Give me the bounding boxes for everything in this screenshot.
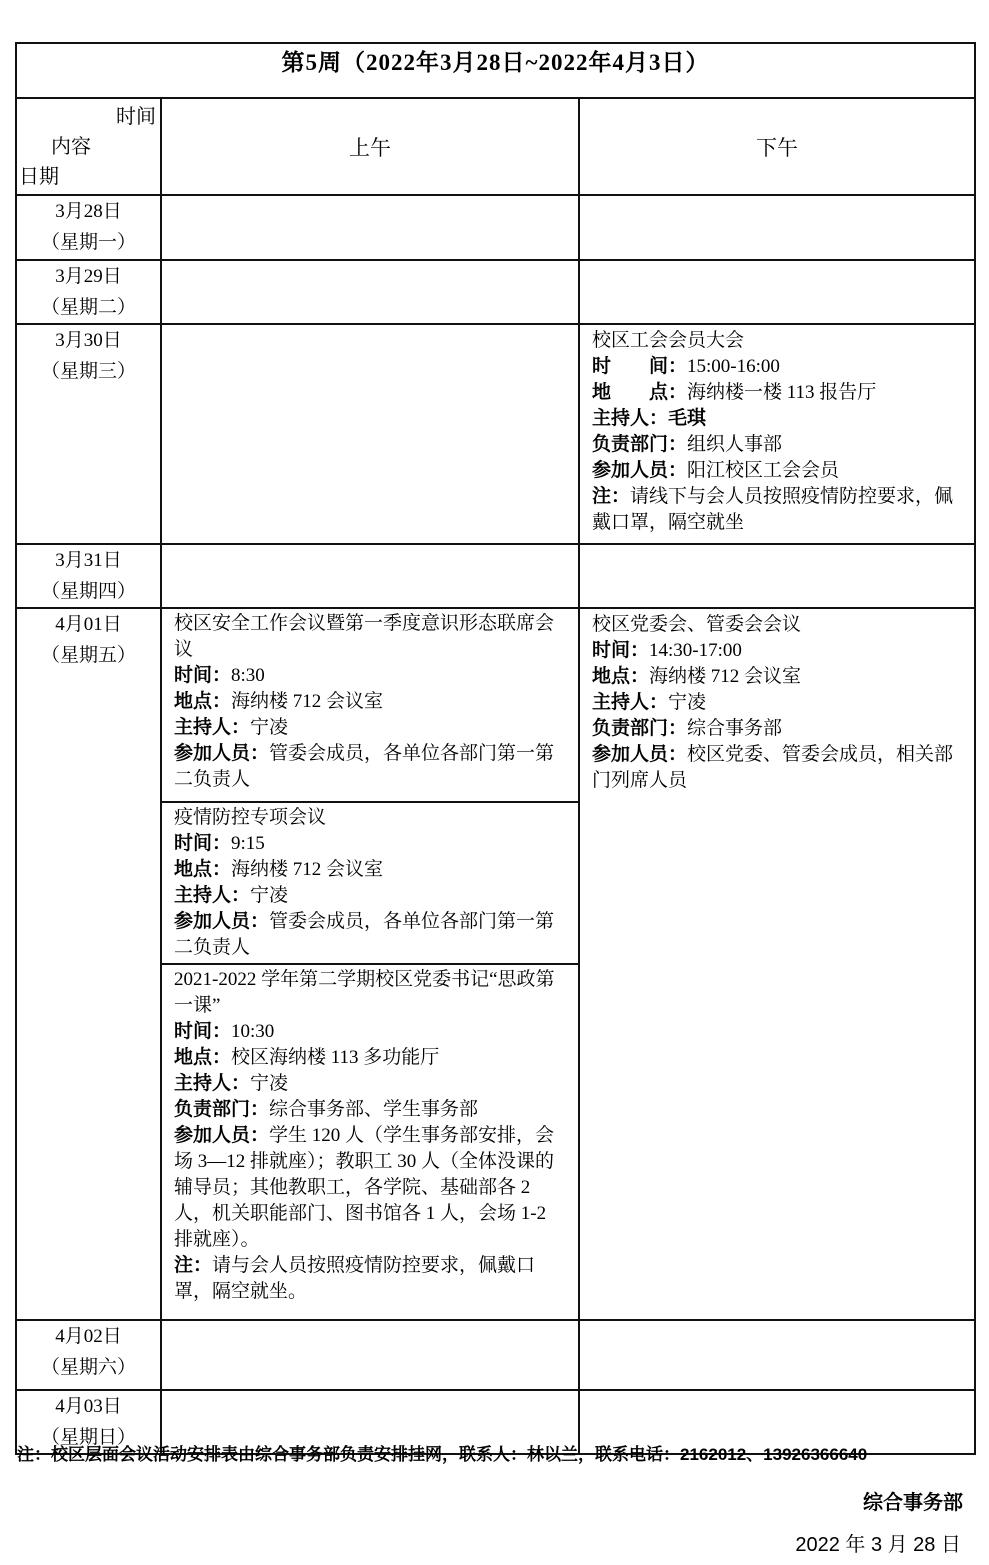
event-line-note: 注：请与会人员按照疫情防控要求，佩戴口罩，隔空就坐。 <box>174 1253 568 1305</box>
corner-label-content: 内容 <box>17 132 160 162</box>
afternoon-cell-mar30: 校区工会会员大会 时 间：15:00-16:00 地 点：海纳楼一楼 113 报… <box>579 324 975 544</box>
event-line-department: 负责部门：综合事务部 <box>592 716 964 742</box>
event-title: 校区工会会员大会 <box>592 328 964 354</box>
field-label: 主持人： <box>174 1073 250 1094</box>
date-cell-apr02: 4月02日 （星期六） <box>16 1320 161 1390</box>
event-title: 校区党委会、管委会会议 <box>592 612 964 638</box>
table-row-mar28: 3月28日 （星期一） <box>16 195 975 260</box>
column-header-afternoon: 下午 <box>579 98 975 195</box>
event-line-time: 时间：14:30-17:00 <box>592 638 964 664</box>
field-label: 负责部门： <box>592 434 687 455</box>
field-label: 参加人员： <box>174 1125 269 1146</box>
footer-note: 注：校区层面会议活动安排表由综合事务部负责安排挂网，联系人：林以兰，联系电话：2… <box>17 1440 967 1465</box>
weekday-text: （星期三） <box>17 356 160 387</box>
field-label: 时间： <box>174 833 231 854</box>
event-line-note: 注：请线下与会人员按照疫情防控要求，佩戴口罩，隔空就坐 <box>592 484 964 536</box>
field-value: 宁凌 <box>250 1073 288 1094</box>
field-value: 8:30 <box>231 665 265 686</box>
field-value: 请与会人员按照疫情防控要求，佩戴口罩，隔空就坐。 <box>174 1255 535 1302</box>
weekday-text: （星期一） <box>17 227 160 258</box>
event-line-participants: 参加人员：学生 120 人（学生事务部安排，会场 3—12 排就座）；教职工 3… <box>174 1123 568 1253</box>
field-label: 负责部门： <box>592 718 687 739</box>
field-value: 海纳楼一楼 113 报告厅 <box>687 382 876 403</box>
morning-cell-mar31 <box>161 544 579 608</box>
event-line-time: 时间：10:30 <box>174 1019 568 1045</box>
corner-label-date: 日期 <box>17 162 160 192</box>
field-label: 主持人： <box>174 885 250 906</box>
date-text: 3月28日 <box>17 196 160 227</box>
event-line-host: 主持人：宁凌 <box>174 883 568 909</box>
field-value: 海纳楼 712 会议室 <box>231 691 383 712</box>
weekday-text: （星期二） <box>17 292 160 323</box>
date-text: 3月29日 <box>17 261 160 292</box>
date-text: 4月01日 <box>17 609 160 640</box>
event-line-location: 地点：海纳楼 712 会议室 <box>592 664 964 690</box>
event-line-participants: 参加人员：管委会成员，各单位各部门第一第二负责人 <box>174 909 568 961</box>
field-label: 地点： <box>174 859 231 880</box>
header-row: 时间 内容 日期 上午 下午 <box>16 98 975 195</box>
field-label: 注： <box>592 486 630 507</box>
weekly-schedule-document: 第5周（2022年3月28日~2022年4月3日） 时间 内容 日期 上午 下午… <box>0 0 989 1565</box>
field-label: 主持人： <box>592 692 668 713</box>
field-label: 地点： <box>174 691 231 712</box>
morning-cell-apr01: 校区安全工作会议暨第一季度意识形态联席会议 时间：8:30 地点：海纳楼 712… <box>161 608 579 1320</box>
field-label: 参加人员： <box>592 744 687 765</box>
signature-department: 综合事务部 <box>863 1486 963 1515</box>
column-header-morning: 上午 <box>161 98 579 195</box>
event-line-department: 负责部门：组织人事部 <box>592 432 964 458</box>
date-text: 4月02日 <box>17 1321 160 1352</box>
event-line-department: 负责部门：综合事务部、学生事务部 <box>174 1097 568 1123</box>
table-row-apr02: 4月02日 （星期六） <box>16 1320 975 1390</box>
event-line-host: 主持人：宁凌 <box>174 1071 568 1097</box>
field-label: 主持人： <box>174 717 250 738</box>
event-safety-work-meeting: 校区安全工作会议暨第一季度意识形态联席会议 时间：8:30 地点：海纳楼 712… <box>162 609 578 803</box>
field-value: 阳江校区工会会员 <box>687 460 839 481</box>
field-value: 10:30 <box>231 1021 274 1042</box>
title-row: 第5周（2022年3月28日~2022年4月3日） <box>16 43 975 98</box>
event-line-time: 时间：8:30 <box>174 663 568 689</box>
morning-cell-mar28 <box>161 195 579 260</box>
event-party-committee-meeting: 校区党委会、管委会会议 时间：14:30-17:00 地点：海纳楼 712 会议… <box>580 609 974 796</box>
event-union-member-assembly: 校区工会会员大会 时 间：15:00-16:00 地 点：海纳楼一楼 113 报… <box>580 325 974 538</box>
field-label: 主持人：毛琪 <box>592 408 706 429</box>
corner-header-cell: 时间 内容 日期 <box>16 98 161 195</box>
event-epidemic-control-meeting: 疫情防控专项会议 时间：9:15 地点：海纳楼 712 会议室 主持人：宁凌 参… <box>162 803 578 965</box>
field-label: 时间： <box>174 1021 231 1042</box>
field-value: 宁凌 <box>250 717 288 738</box>
morning-cell-mar29 <box>161 260 579 324</box>
field-label: 时间： <box>592 640 649 661</box>
event-title: 疫情防控专项会议 <box>174 805 568 831</box>
event-line-host: 主持人：宁凌 <box>592 690 964 716</box>
event-title: 2021-2022 学年第二学期校区党委书记“思政第一课” <box>174 967 568 1019</box>
table-row-apr01: 4月01日 （星期五） 校区安全工作会议暨第一季度意识形态联席会议 时间：8:3… <box>16 608 975 1320</box>
date-text: 3月31日 <box>17 545 160 576</box>
afternoon-cell-apr01: 校区党委会、管委会会议 时间：14:30-17:00 地点：海纳楼 712 会议… <box>579 608 975 1320</box>
date-cell-mar28: 3月28日 （星期一） <box>16 195 161 260</box>
field-label: 时 间： <box>592 356 687 377</box>
event-line-location: 地 点：海纳楼一楼 113 报告厅 <box>592 380 964 406</box>
field-value: 9:15 <box>231 833 265 854</box>
field-label: 地点： <box>174 1047 231 1068</box>
signature-date: 2022 年 3 月 28 日 <box>795 1528 961 1557</box>
event-first-ideology-class: 2021-2022 学年第二学期校区党委书记“思政第一课” 时间：10:30 地… <box>162 965 578 1307</box>
field-label: 注： <box>174 1255 212 1276</box>
field-label: 负责部门： <box>174 1099 269 1120</box>
morning-cell-apr02 <box>161 1320 579 1390</box>
table-row-mar29: 3月29日 （星期二） <box>16 260 975 324</box>
corner-label-time: 时间 <box>17 102 160 132</box>
field-label: 地 点： <box>592 382 687 403</box>
field-label: 参加人员： <box>174 743 269 764</box>
event-line-time: 时 间：15:00-16:00 <box>592 354 964 380</box>
event-line-location: 地点：海纳楼 712 会议室 <box>174 857 568 883</box>
schedule-table: 第5周（2022年3月28日~2022年4月3日） 时间 内容 日期 上午 下午… <box>15 42 976 1455</box>
weekday-text: （星期四） <box>17 576 160 607</box>
event-line-participants: 参加人员：管委会成员，各单位各部门第一第二负责人 <box>174 741 568 793</box>
field-value: 14:30-17:00 <box>649 640 742 661</box>
field-value: 15:00-16:00 <box>687 356 780 377</box>
afternoon-cell-mar31 <box>579 544 975 608</box>
event-title: 校区安全工作会议暨第一季度意识形态联席会议 <box>174 611 568 663</box>
event-line-host: 主持人：毛琪 <box>592 406 964 432</box>
page-title: 第5周（2022年3月28日~2022年4月3日） <box>16 43 975 98</box>
field-value: 请线下与会人员按照疫情防控要求，佩戴口罩，隔空就坐 <box>592 486 953 533</box>
morning-cell-mar30 <box>161 324 579 544</box>
field-value: 宁凌 <box>250 885 288 906</box>
event-line-participants: 参加人员：校区党委、管委会成员，相关部门列席人员 <box>592 742 964 794</box>
event-line-time: 时间：9:15 <box>174 831 568 857</box>
afternoon-cell-apr02 <box>579 1320 975 1390</box>
date-text: 4月03日 <box>17 1391 160 1422</box>
weekday-text: （星期六） <box>17 1352 160 1383</box>
field-label: 参加人员： <box>174 911 269 932</box>
date-cell-mar31: 3月31日 （星期四） <box>16 544 161 608</box>
field-label: 时间： <box>174 665 231 686</box>
weekday-text: （星期五） <box>17 640 160 671</box>
event-line-location: 地点：海纳楼 712 会议室 <box>174 689 568 715</box>
afternoon-cell-mar28 <box>579 195 975 260</box>
date-text: 3月30日 <box>17 325 160 356</box>
field-value: 综合事务部、学生事务部 <box>269 1099 478 1120</box>
date-cell-mar29: 3月29日 （星期二） <box>16 260 161 324</box>
field-value: 海纳楼 712 会议室 <box>649 666 801 687</box>
afternoon-cell-mar29 <box>579 260 975 324</box>
table-row-mar31: 3月31日 （星期四） <box>16 544 975 608</box>
field-label: 地点： <box>592 666 649 687</box>
field-value: 综合事务部 <box>687 718 782 739</box>
field-value: 校区海纳楼 113 多功能厅 <box>231 1047 439 1068</box>
event-line-host: 主持人：宁凌 <box>174 715 568 741</box>
field-label: 参加人员： <box>592 460 687 481</box>
event-line-participants: 参加人员：阳江校区工会会员 <box>592 458 964 484</box>
field-value: 宁凌 <box>668 692 706 713</box>
event-line-location: 地点：校区海纳楼 113 多功能厅 <box>174 1045 568 1071</box>
field-value: 海纳楼 712 会议室 <box>231 859 383 880</box>
table-row-mar30: 3月30日 （星期三） 校区工会会员大会 时 间：15:00-16:00 地 点… <box>16 324 975 544</box>
date-cell-apr01: 4月01日 （星期五） <box>16 608 161 1320</box>
field-value: 组织人事部 <box>687 434 782 455</box>
date-cell-mar30: 3月30日 （星期三） <box>16 324 161 544</box>
